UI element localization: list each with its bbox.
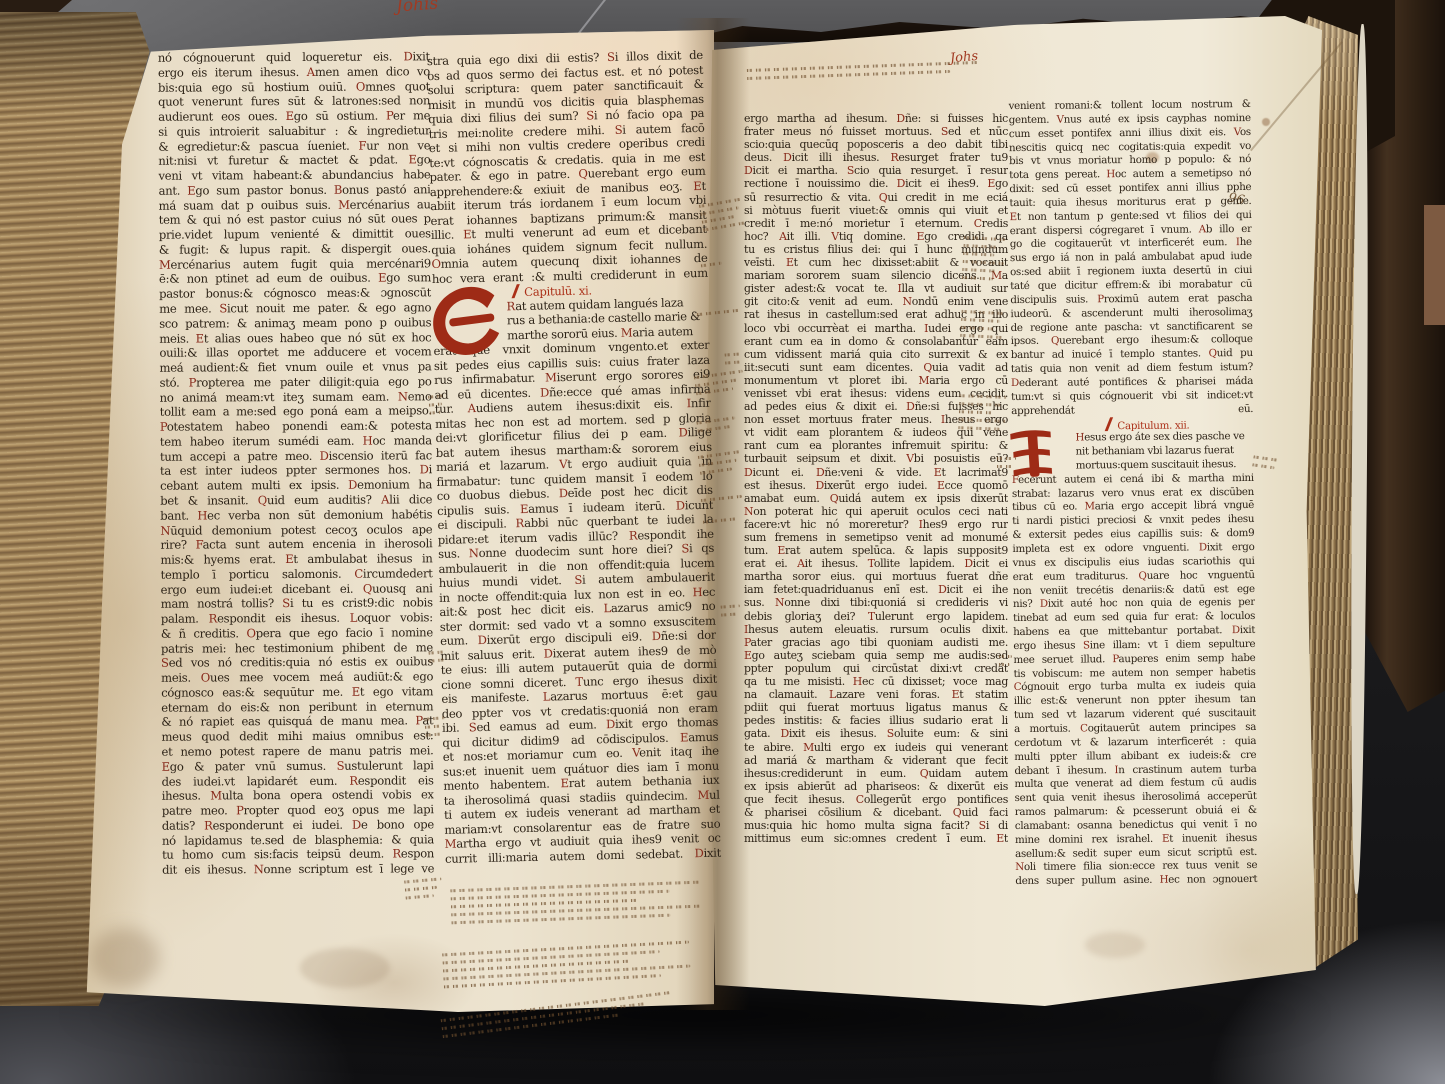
marginal-annotation (723, 347, 742, 369)
marginal-annotation (695, 411, 738, 437)
marginal-annotation (403, 872, 443, 904)
marginal-annotation (427, 645, 447, 667)
marginalia-layer (0, 0, 1445, 1084)
marginal-annotation (957, 389, 1007, 436)
marginal-annotation (697, 192, 749, 236)
marginal-annotation (439, 986, 676, 1043)
marginal-annotation (699, 490, 742, 507)
marginal-annotation (996, 452, 1016, 473)
marginal-annotation (961, 231, 1006, 286)
marginal-annotation (701, 512, 738, 529)
marginal-annotation (423, 711, 447, 742)
marginal-annotation (692, 365, 746, 401)
marginal-annotation (746, 56, 979, 85)
marginal-annotation (998, 650, 1012, 671)
marginal-annotation (959, 305, 1007, 344)
marginal-annotation (1251, 450, 1280, 474)
marginal-annotation (441, 936, 691, 994)
photo-of-open-incunable: Johis Johs 96 nó cógnouerunt quid loquer… (0, 0, 1445, 1084)
marginal-annotation (427, 389, 446, 420)
marginal-annotation (695, 304, 740, 322)
marginal-annotation (719, 599, 740, 621)
marginal-annotation (449, 876, 700, 930)
marginal-annotation (696, 445, 744, 480)
marginal-annotation (699, 257, 723, 273)
